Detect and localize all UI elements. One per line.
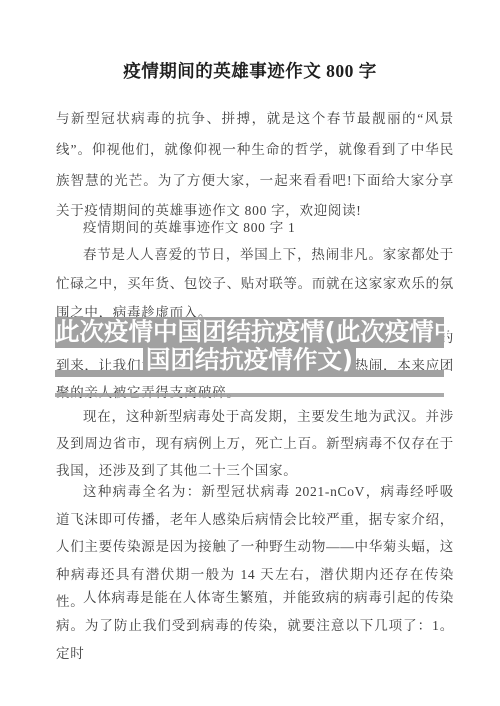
overlay-title-line1: 此次疫情中国团结抗疫情(此次疫情中: [55, 318, 444, 346]
watermark-overlay: 此次疫情中国团结抗疫情(此次疫情中 国团结抗疫情作文): [55, 317, 444, 401]
paragraph-spring-festival: 春节是人人喜爱的节日，举国上下，热闹非凡。家家都处于忙碌之中，买年货、包饺子、贴…: [56, 240, 454, 327]
paragraph-intro: 与新型冠状病毒的抗争、拼搏，就是这个春节最靓丽的“风景线”。仰视他们，就像仰视一…: [56, 104, 454, 227]
section-subtitle: 疫情期间的英雄事迹作文 800 字 1: [56, 212, 454, 243]
document-page: 疫情期间的英雄事迹作文 800 字 与新型冠状病毒的抗争、拼搏，就是这个春节最靓…: [0, 0, 500, 706]
paragraph-outbreak-status: 现在，这种新型病毒处于高发期，主要发生地为武汉。并涉及到周边省市，现有病例上万，…: [56, 403, 454, 484]
document-title: 疫情期间的英雄事迹作文 800 字: [0, 58, 500, 83]
overlay-bar-thin: [55, 393, 444, 397]
paragraph-prevention: 人体病毒是能在人体寄生繁殖，并能致病的病毒引起的传染病。为了防止我们受到病毒的传…: [56, 584, 454, 668]
overlay-title: 此次疫情中国团结抗疫情(此次疫情中 国团结抗疫情作文): [55, 318, 444, 373]
overlay-title-line2: 国团结抗疫情作文): [55, 346, 444, 374]
